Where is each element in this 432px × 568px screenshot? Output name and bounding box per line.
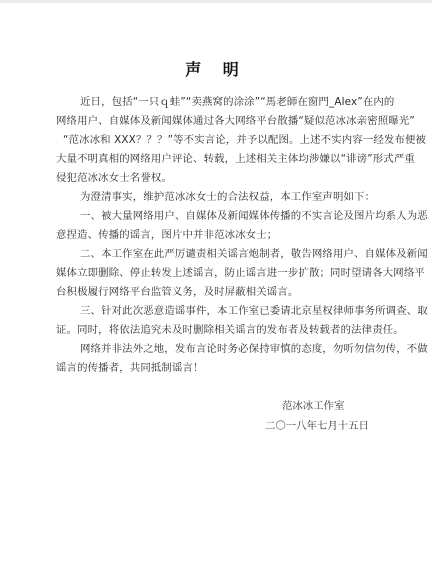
paragraph-line: 证。同时，将依法追究未及时删除相关谣言的发布者及转载者的法律责任。 [56, 323, 376, 337]
paragraph-line: 意捏造、传播的谣言，图片中并非范冰冰女士； [56, 228, 376, 242]
paragraph-line: 大量不明真相的网络用户评论、转载，上述相关主体均涉嫌以“诽谤”形式严重 [56, 152, 376, 166]
document-title: 声 明 [0, 57, 432, 80]
paragraph-line: 为澄清事实，维护范冰冰女士的合法权益，本工作室声明如下： [80, 190, 400, 204]
paragraph-line: 近日，包括“一只ｑ蛙”“卖燕窝的涂涂”“馬老師在窗門_Alex”在内的 [80, 95, 400, 109]
signature-date: 二〇一八年七月十五日 [265, 417, 369, 432]
paragraph-line: 台积极履行网络平台监管义务，及时屏蔽相关谣言。 [56, 285, 376, 299]
paragraph-line: “范冰冰和 XXX？？？”等不实言论，并予以配图。上述不实内容一经发布便被 [63, 133, 383, 147]
statement-document: 声 明 近日，包括“一只ｑ蛙”“卖燕窝的涂涂”“馬老師在窗門_Alex”在内的 … [0, 0, 432, 568]
paragraph-line: 三、针对此次恶意造谣事件，本工作室已委请北京星权律师事务所调查、取 [80, 304, 400, 318]
signature-organization: 范冰冰工作室 [282, 397, 344, 412]
paragraph-line: 二、本工作室在此严厉谴责相关谣言炮制者，敬告网络用户、自媒体及新闻 [80, 247, 400, 261]
paragraph-line: 一、被大量网络用户、自媒体及新闻媒体传播的不实言论及图片均系人为恶 [80, 209, 400, 223]
paragraph-line: 侵犯范冰冰女士名誉权。 [56, 171, 376, 185]
paragraph-line: 网络并非法外之地，发布言论时务必保持审慎的态度，勿听勿信勿传，不做 [80, 342, 400, 356]
paragraph-line: 网络用户、自媒体及新闻媒体通过各大网络平台散播“疑似范冰冰亲密照曝光” [56, 114, 376, 128]
paragraph-line: 谣言的传播者，共同抵制谣言！ [56, 361, 376, 375]
paragraph-line: 媒体立即删除、停止转发上述谣言，防止谣言进一步扩散；同时望请各大网络平 [56, 266, 376, 280]
